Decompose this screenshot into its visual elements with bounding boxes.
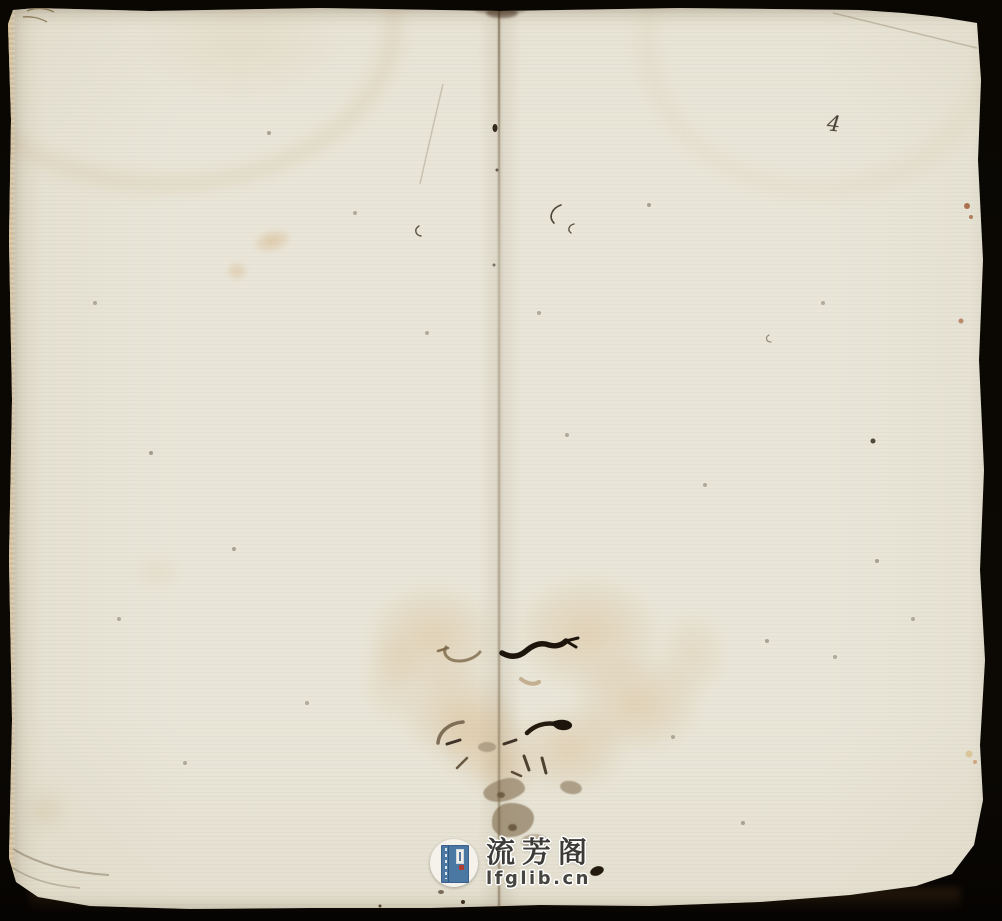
paper-spread: 4 流芳阁 lfglib.cn <box>0 0 1002 921</box>
watermark-badge <box>430 839 478 887</box>
watermark-text: 流芳阁 lfglib.cn <box>486 838 594 888</box>
red-seal-icon <box>459 865 464 870</box>
scan-stage: 4 流芳阁 lfglib.cn <box>0 0 1002 921</box>
chinese-stitched-book-icon <box>441 845 469 883</box>
stacked-page-edges <box>0 0 15 921</box>
watermark-site-name: 流芳阁 <box>486 838 594 867</box>
book-title-label <box>456 849 464 864</box>
book-label-text-strip <box>459 852 461 861</box>
edge-vignette <box>0 0 1002 921</box>
paper-flecks <box>0 0 2 2</box>
site-watermark: 流芳阁 lfglib.cn <box>430 838 594 888</box>
book-stitching <box>445 848 447 879</box>
handwritten-numeral: 4 <box>826 111 842 136</box>
watermark-site-url: lfglib.cn <box>486 870 594 888</box>
book-spine-line <box>448 846 449 882</box>
